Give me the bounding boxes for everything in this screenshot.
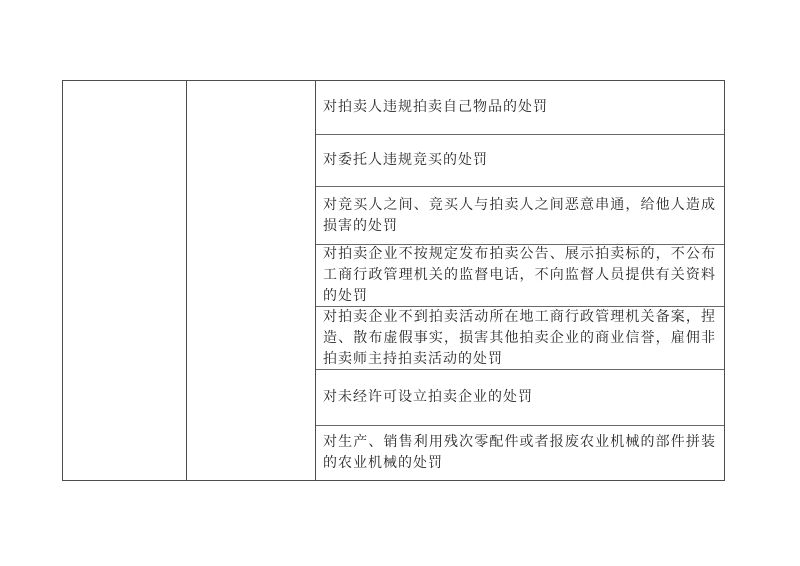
table-cell-empty-category-2 xyxy=(187,81,316,480)
table-row: 对拍卖企业不到拍卖活动所在地工商行政管理机关备案，捏造、散布虚假事实，损害其他拍… xyxy=(316,307,724,370)
table-row: 对生产、销售利用残次零配件或者报废农业机械的部件拼装的农业机械的处罚 xyxy=(316,426,724,480)
document-page: 对拍卖人违规拍卖自己物品的处罚 对委托人违规竞买的处罚 对竞买人之间、竞买人与拍… xyxy=(0,0,800,566)
table-row: 对委托人违规竞买的处罚 xyxy=(316,135,724,187)
penalty-item-text: 对生产、销售利用残次零配件或者报废农业机械的部件拼装的农业机械的处罚 xyxy=(323,432,716,474)
penalty-item-text: 对竞买人之间、竞买人与拍卖人之间恶意串通，给他人造成损害的处罚 xyxy=(323,195,716,237)
penalty-item-text: 对拍卖人违规拍卖自己物品的处罚 xyxy=(323,97,716,118)
penalty-rows-column: 对拍卖人违规拍卖自己物品的处罚 对委托人违规竞买的处罚 对竞买人之间、竞买人与拍… xyxy=(316,81,724,480)
table-row: 对拍卖人违规拍卖自己物品的处罚 xyxy=(316,81,724,135)
penalty-item-text: 对拍卖企业不按规定发布拍卖公告、展示拍卖标的，不公布工商行政管理机关的监督电话，… xyxy=(323,244,716,307)
table-row: 对拍卖企业不按规定发布拍卖公告、展示拍卖标的，不公布工商行政管理机关的监督电话，… xyxy=(316,245,724,307)
penalty-item-text: 对未经许可设立拍卖企业的处罚 xyxy=(323,387,716,408)
penalties-table: 对拍卖人违规拍卖自己物品的处罚 对委托人违规竞买的处罚 对竞买人之间、竞买人与拍… xyxy=(62,80,725,481)
table-row: 对竞买人之间、竞买人与拍卖人之间恶意串通，给他人造成损害的处罚 xyxy=(316,187,724,245)
penalty-item-text: 对委托人违规竞买的处罚 xyxy=(323,150,716,171)
penalty-item-text: 对拍卖企业不到拍卖活动所在地工商行政管理机关备案，捏造、散布虚假事实，损害其他拍… xyxy=(323,307,716,370)
table-cell-empty-category-1 xyxy=(63,81,187,480)
table-row: 对未经许可设立拍卖企业的处罚 xyxy=(316,370,724,426)
